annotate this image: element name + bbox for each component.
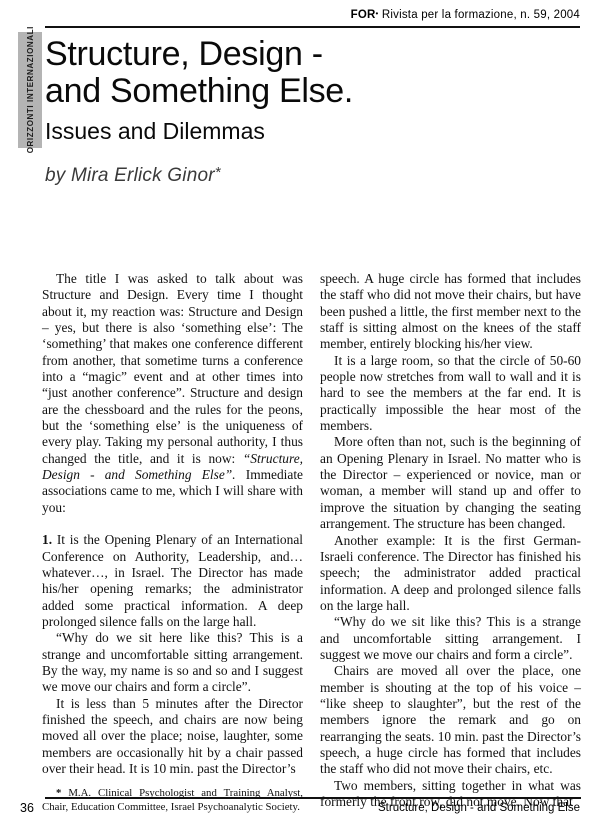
page-number: 36 — [20, 801, 34, 815]
paragraph: “Why do we sit here like this? This is a… — [42, 630, 303, 695]
title-line-1: Structure, Design - — [45, 35, 323, 73]
byline-asterisk: * — [215, 164, 221, 181]
paragraph: Another example: It is the first German-… — [320, 533, 581, 615]
journal-issue: Rivista per la formazione, n. 59, 2004 — [379, 9, 581, 21]
article-body: The title I was asked to talk about was … — [42, 271, 581, 814]
running-title: Structure, Design - and Something Else — [378, 802, 580, 814]
journal-header: FOR• Rivista per la formazione, n. 59, 2… — [351, 9, 580, 21]
byline-author: by Mira Erlick Ginor — [45, 165, 215, 186]
paragraph: More often than not, such is the beginni… — [320, 434, 581, 532]
title-line-2: and Something Else. — [45, 72, 353, 110]
footnote: * M.A. Clinical Psychologist and Trainin… — [42, 787, 303, 814]
page-title: Structure, Design - and Something Else. — [45, 36, 353, 110]
left-column: The title I was asked to talk about was … — [42, 271, 303, 814]
paragraph: 1. It is the Opening Plenary of an Inter… — [42, 532, 303, 630]
section-tab: ORIZZONTI INTERNAZIONALI — [18, 32, 42, 148]
title-block: Structure, Design - and Something Else. … — [45, 36, 353, 187]
list-number: 1. — [42, 532, 52, 547]
right-column: speech. A huge circle has formed that in… — [320, 271, 581, 814]
paragraph: It is less than 5 minutes after the Dire… — [42, 696, 303, 778]
page-subtitle: Issues and Dilemmas — [45, 118, 353, 144]
paragraph: The title I was asked to talk about was … — [42, 271, 303, 516]
article-page: FOR• Rivista per la formazione, n. 59, 2… — [0, 0, 600, 833]
paragraph: It is a large room, so that the circle o… — [320, 353, 581, 435]
footer-rule — [45, 797, 581, 799]
byline: by Mira Erlick Ginor* — [45, 164, 353, 187]
paragraph: “Why do we sit like this? This is a stra… — [320, 614, 581, 663]
section-tab-label: ORIZZONTI INTERNAZIONALI — [26, 26, 35, 153]
header-rule — [45, 26, 580, 28]
journal-name: FOR — [351, 9, 376, 21]
paragraph: Chairs are moved all over the place, one… — [320, 663, 581, 777]
paragraph: speech. A huge circle has formed that in… — [320, 271, 581, 353]
